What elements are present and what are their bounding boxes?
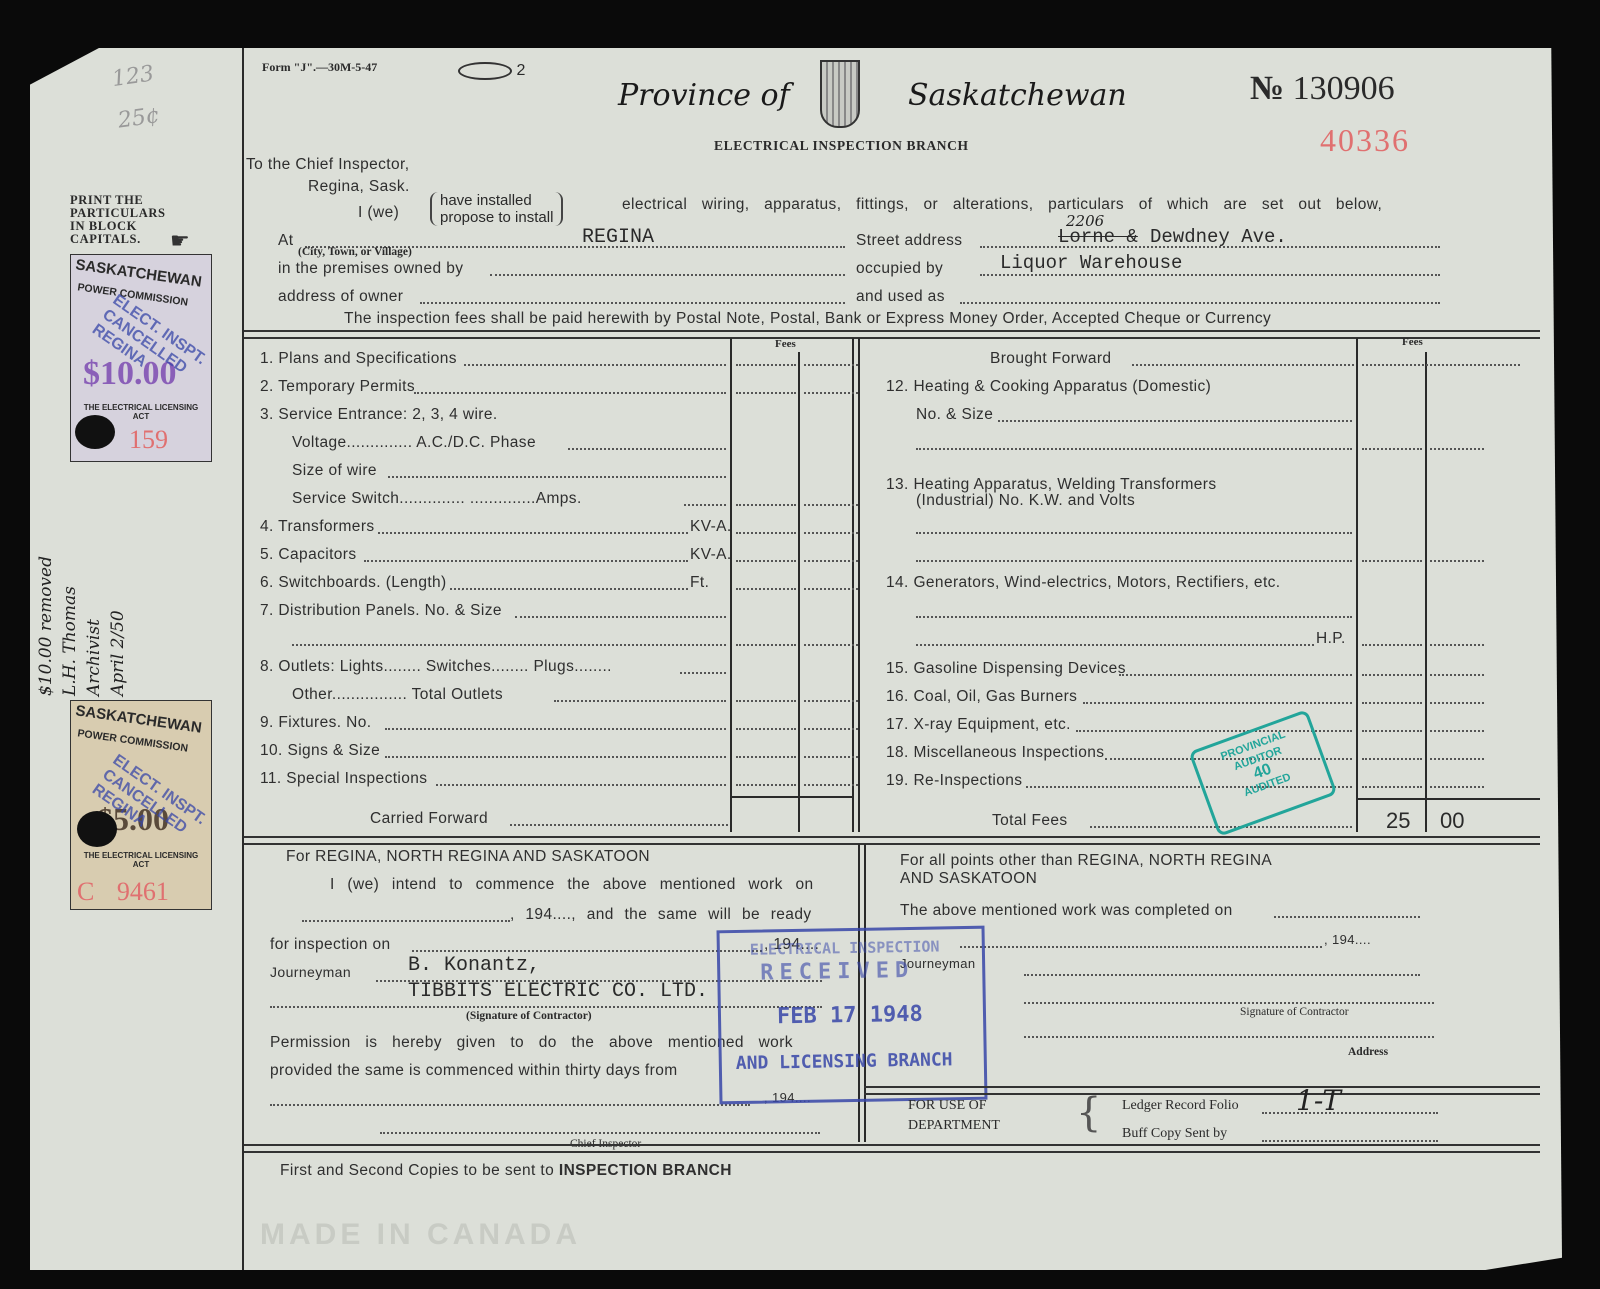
fee-line-item: No. & Size [916, 406, 993, 424]
form-code: Form "J".—30M-5-47 [262, 60, 377, 75]
stamp-serial-row: C 9461 [77, 877, 169, 907]
fees-col-right [1356, 338, 1358, 832]
line-item-field[interactable] [385, 756, 726, 758]
footer-note-plain: First and Second Copies to be sent to [280, 1162, 559, 1179]
total-rule [1358, 798, 1540, 800]
fee-line-item: 18. Miscellaneous Inspections [886, 744, 1104, 762]
fee-line-item: 14. Generators, Wind-electrics, Motors, … [886, 574, 1281, 592]
fee-amount-field[interactable] [736, 560, 796, 562]
total-fees-dollars: 25 [1386, 808, 1410, 834]
department-brace: { [1076, 1090, 1101, 1136]
title-province: Province of [618, 78, 790, 113]
unit-label: KV-A. [690, 518, 732, 536]
fee-amount-field[interactable] [736, 588, 796, 590]
unit-label: H.P. [1316, 630, 1346, 648]
journeyman-label: Journeyman [270, 964, 351, 980]
line-item-field[interactable] [916, 560, 1352, 562]
stamp-serial: 9461 [117, 877, 169, 906]
total-fees-label: Total Fees [992, 812, 1068, 830]
street-struck: Lorne & [1058, 226, 1138, 248]
fee-amount-field[interactable] [1430, 702, 1484, 704]
line-item-field[interactable] [916, 448, 1352, 450]
saskatchewan-coat-of-arms-icon [820, 60, 860, 128]
stamp-serial-prefix: C [77, 877, 94, 906]
completed-date-field-2[interactable] [960, 946, 1322, 948]
owned-by-label: in the premises owned by [278, 260, 463, 278]
stamp-footer: THE ELECTRICAL LICENSING ACT [77, 851, 205, 869]
completed-date-field[interactable] [1274, 916, 1420, 918]
fee-amount-field[interactable] [1430, 644, 1484, 646]
received-date: FEB 17 1948 [777, 1002, 923, 1030]
fee-amount-field[interactable] [1362, 644, 1422, 646]
other-address-field[interactable] [1024, 1036, 1434, 1038]
fee-line-item: 9. Fixtures. No. [260, 714, 372, 732]
instruction-line: CAPITALS. [70, 233, 166, 246]
fee-amount-field[interactable] [1362, 758, 1422, 760]
line-item-field[interactable] [364, 560, 688, 562]
line-item-field[interactable] [916, 644, 1314, 646]
commence-date-field[interactable] [302, 920, 510, 922]
fee-amount-field[interactable] [1430, 786, 1484, 788]
line-item-field[interactable] [998, 420, 1352, 422]
completed-date-suffix: , 194.... [1324, 932, 1371, 947]
fee-line-item: Other................ Total Outlets [292, 686, 503, 704]
other-address-label: Address [1348, 1046, 1388, 1058]
fee-amount-field[interactable] [1430, 730, 1484, 732]
fee-line-item: 15. Gasoline Dispensing Devices [886, 660, 1126, 678]
contractor-signature-label: (Signature of Contractor) [466, 1010, 592, 1022]
inspection-date-field[interactable] [412, 950, 762, 952]
line-item-field[interactable] [378, 532, 688, 534]
fee-amount-field[interactable] [1362, 448, 1422, 450]
fee-amount-field[interactable] [1430, 448, 1484, 450]
other-contractor-label: Signature of Contractor [1240, 1006, 1349, 1018]
fee-amount-field[interactable] [1362, 786, 1422, 788]
occupied-field[interactable] [980, 274, 1440, 276]
fee-line-item: 7. Distribution Panels. No. & Size [260, 602, 502, 620]
total-fees-cents: 00 [1440, 808, 1464, 834]
fee-amount-field[interactable] [1430, 560, 1484, 562]
received-line: ELECTRICAL INSPECTION [750, 937, 940, 958]
fee-line-item: (Industrial) No. K.W. and Volts [916, 492, 1135, 510]
other-contractor-field[interactable] [1024, 1002, 1434, 1004]
brought-forward-fee[interactable] [1362, 364, 1520, 366]
fee-line-item: 10. Signs & Size [260, 742, 380, 760]
fee-amount-field[interactable] [1362, 560, 1422, 562]
note-line: $10.00 removed [34, 556, 58, 696]
fee-line-item: 16. Coal, Oil, Gas Burners [886, 688, 1077, 706]
note-line: L.H. Thomas [58, 556, 82, 696]
line-item-field[interactable] [554, 700, 726, 702]
fees-note: The inspection fees shall be paid herewi… [344, 310, 1271, 328]
fee-amount-field[interactable] [804, 644, 858, 646]
at-label: At [278, 232, 293, 250]
brought-forward: Brought Forward [990, 350, 1111, 368]
fee-amount-field[interactable] [736, 504, 796, 506]
pencil-note-line: 25¢ [115, 95, 162, 142]
fee-line-item: Voltage.............. A.C./D.C. Phase [292, 434, 536, 452]
line-item-field[interactable] [450, 588, 688, 590]
footer-note: First and Second Copies to be sent to IN… [280, 1162, 732, 1180]
install-options: have installed propose to install [430, 192, 563, 226]
used-as-label: and used as [856, 288, 945, 306]
stamp-serial: 159 [129, 425, 168, 455]
fee-amount-field[interactable] [804, 364, 858, 366]
fee-amount-field[interactable] [1362, 702, 1422, 704]
at-value: REGINA [582, 226, 654, 249]
department-rule [864, 1086, 1540, 1095]
line-item-field[interactable] [916, 616, 1352, 618]
fee-amount-field[interactable] [804, 392, 858, 394]
fee-amount-field[interactable] [736, 364, 796, 366]
commence-line: I (we) intend to commence the above ment… [330, 876, 814, 894]
fee-amount-field[interactable] [736, 784, 796, 786]
provincial-auditor-stamp: PROVINCIAL AUDITOR 40 AUDITED [1188, 709, 1337, 837]
fee-amount-field[interactable] [1362, 674, 1422, 676]
note-line: April 2/50 [106, 556, 130, 696]
fee-line-item: 12. Heating & Cooking Apparatus (Domesti… [886, 378, 1211, 396]
line-item-field[interactable] [414, 392, 726, 394]
buff-copy-field[interactable] [1262, 1140, 1438, 1142]
ledger-label: Ledger Record Folio [1122, 1098, 1239, 1114]
fee-amount-field[interactable] [804, 588, 858, 590]
unit-label: KV-A. [690, 546, 732, 564]
fee-line-item: 19. Re-Inspections [886, 772, 1022, 790]
pencil-note-line: 123 [109, 53, 156, 100]
line-item-field[interactable] [515, 616, 726, 618]
other-heading-1: For all points other than REGINA, NORTH … [900, 852, 1272, 870]
permission-line2: provided the same is commenced within th… [270, 1062, 678, 1080]
received-line: RECEIVED [760, 958, 914, 986]
center-divider [858, 338, 860, 832]
other-heading-2: AND SASKATOON [900, 870, 1037, 888]
line-item-field[interactable] [388, 476, 726, 478]
footer-rule [244, 1144, 1540, 1153]
fee-amount-field[interactable] [1430, 674, 1484, 676]
line-item-field[interactable] [680, 672, 726, 674]
option-propose-install: propose to install [440, 209, 553, 226]
ledger-field[interactable] [1262, 1112, 1438, 1114]
lower-section-rule [244, 836, 1540, 845]
fee-amount-field[interactable] [736, 532, 796, 534]
ledger-value: 1-T [1296, 1084, 1341, 1117]
brought-forward-dots [1132, 364, 1354, 366]
received-stamp: ELECTRICAL INSPECTION RECEIVED FEB 17 19… [717, 926, 988, 1105]
union-label-icon [458, 62, 512, 80]
fee-line-item: 11. Special Inspections [260, 770, 427, 788]
line-item-field[interactable] [1083, 702, 1352, 704]
inspection-form: 123 25¢ Form "J".—30M-5-47 2 Province of… [30, 48, 1562, 1270]
fee-line-item: 3. Service Entrance: 2, 3, 4 wire. [260, 406, 498, 424]
line-item-field[interactable] [916, 532, 1352, 534]
unit-label: Ft. [690, 574, 709, 592]
line-item-field[interactable] [292, 644, 726, 646]
journeyman-value: B. Konantz, [408, 954, 540, 977]
fee-amount-field[interactable] [804, 504, 858, 506]
fee-amount-field[interactable] [804, 756, 858, 758]
street-label: Street address [856, 232, 962, 250]
made-in-canada-watermark: MADE IN CANADA [260, 1218, 581, 1252]
union-label-number: 2 [516, 62, 525, 79]
fee-amount-field[interactable] [804, 784, 858, 786]
fees-col-left-cents [798, 352, 800, 832]
line-item-field[interactable] [436, 784, 726, 786]
fee-line-item: 4. Transformers [260, 518, 375, 536]
title-saskatchewan: Saskatchewan [908, 78, 1127, 113]
fee-line-item: 5. Capacitors [260, 546, 357, 564]
note-line: Archivist [82, 556, 106, 696]
union-label: 2 [458, 62, 525, 80]
margin-rule [242, 48, 244, 1270]
fee-amount-field[interactable] [804, 728, 858, 730]
stamped-number: 40336 [1320, 122, 1410, 159]
occupied-label: occupied by [856, 260, 943, 278]
fee-line-item: 2. Temporary Permits [260, 378, 415, 396]
inspection-on-label: for inspection on [270, 936, 391, 954]
chief-inspector-signature[interactable] [380, 1132, 820, 1134]
statement: electrical wiring, apparatus, fittings, … [622, 196, 1382, 214]
pointing-hand-icon: ☛ [170, 228, 190, 254]
branch-name: ELECTRICAL INSPECTION BRANCH [714, 138, 969, 154]
line-item-field[interactable] [1119, 674, 1352, 676]
fee-line-item: Service Switch.............. ...........… [292, 490, 582, 508]
at-hint: (City, Town, or Village) [298, 246, 412, 258]
owner-address-field[interactable] [420, 302, 845, 304]
fee-line-item: 6. Switchboards. (Length) [260, 574, 447, 592]
fees-col-left [730, 338, 732, 832]
fee-amount-field[interactable] [804, 560, 858, 562]
punch-hole [75, 415, 115, 449]
addressee-city: Regina, Sask. [308, 178, 410, 196]
fee-amount-field[interactable] [1362, 730, 1422, 732]
line-item-field[interactable] [684, 504, 726, 506]
fee-line-item: 8. Outlets: Lights........ Switches.....… [260, 658, 612, 676]
table-top-rule [244, 330, 1540, 339]
street-value: Dewdney Ave. [1150, 226, 1287, 248]
contractor-value: TIBBITS ELECTRIC CO. LTD. [408, 980, 708, 1003]
carried-forward-dots [510, 824, 728, 826]
pencil-note: 123 25¢ [109, 53, 162, 142]
ready-line: , 194...., and the same will be ready [510, 906, 812, 924]
fee-amount-field[interactable] [736, 392, 796, 394]
line-item-field[interactable] [464, 364, 726, 366]
option-have-installed: have installed [440, 192, 553, 209]
fee-line-item: 17. X-ray Equipment, etc. [886, 716, 1071, 734]
number-label: № [1250, 70, 1284, 107]
line-item-field[interactable] [385, 728, 726, 730]
fees-col-right-cents [1425, 352, 1427, 832]
other-journeyman-field[interactable] [1024, 974, 1420, 976]
permission-line1: Permission is hereby given to do the abo… [270, 1034, 793, 1052]
fees-header-left: Fees [775, 338, 796, 350]
block-capitals-instruction: PRINT THE PARTICULARS IN BLOCK CAPITALS. [70, 194, 166, 246]
fee-amount-field[interactable] [736, 644, 796, 646]
fee-line-item: Size of wire [292, 462, 377, 480]
line-item-field[interactable] [568, 448, 726, 450]
permission-date-field[interactable] [270, 1104, 750, 1106]
used-as-field[interactable] [960, 302, 1440, 304]
footer-note-bold: INSPECTION BRANCH [559, 1162, 732, 1179]
completed-label: The above mentioned work was completed o… [900, 902, 1233, 920]
owner-address-label: address of owner [278, 288, 403, 306]
fee-amount-field[interactable] [1430, 758, 1484, 760]
number-value: 130906 [1293, 70, 1395, 107]
fee-amount-field[interactable] [736, 756, 796, 758]
subtotal-rule [732, 796, 852, 798]
buff-copy-label: Buff Copy Sent by [1122, 1126, 1227, 1142]
regina-heading: For REGINA, NORTH REGINA AND SASKATOON [286, 848, 650, 866]
addressee: To the Chief Inspector, [246, 156, 409, 174]
fee-line-item: 1. Plans and Specifications [260, 350, 457, 368]
occupied-value: Liquor Warehouse [1000, 252, 1182, 274]
i-we-label: I (we) [358, 204, 399, 222]
handwritten-archivist-note: $10.00 removed L.H. Thomas Archivist Apr… [34, 556, 130, 696]
carried-forward: Carried Forward [370, 810, 488, 828]
department-label-2: DEPARTMENT [908, 1118, 1000, 1134]
fee-amount-field[interactable] [804, 532, 858, 534]
fees-header-right: Fees [1402, 336, 1423, 348]
received-line: AND LICENSING BRANCH [736, 1049, 953, 1074]
fee-amount-field[interactable] [736, 728, 796, 730]
fee-amount-field[interactable] [804, 700, 858, 702]
department-label-1: FOR USE OF [908, 1098, 987, 1114]
form-number: № 130906 [1250, 70, 1395, 108]
fee-amount-field[interactable] [736, 700, 796, 702]
punch-hole [77, 811, 117, 847]
owned-by-field[interactable] [490, 274, 845, 276]
